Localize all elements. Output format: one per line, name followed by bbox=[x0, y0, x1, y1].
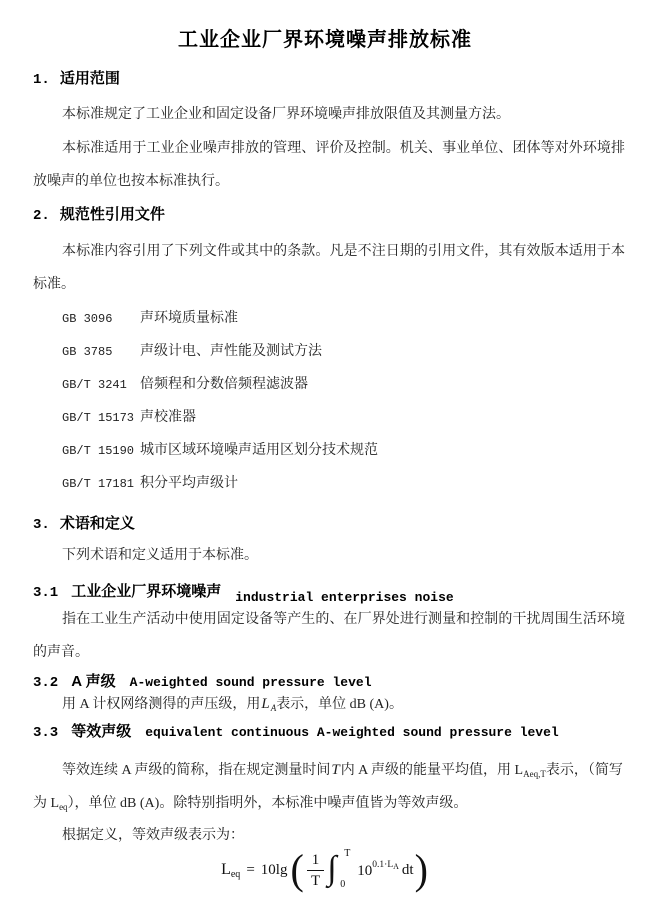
section-1-heading: 1. 适用范围 bbox=[33, 69, 120, 90]
reference-row: GB 3096 声环境质量标准 bbox=[62, 303, 622, 336]
term-3-2-definition: 用 A 计权网络测得的声压级，用LA表示，单位 dB (A)。 bbox=[33, 688, 625, 721]
reference-name: 声级计电、声性能及测试方法 bbox=[140, 336, 322, 369]
exponent-subscript: A bbox=[393, 862, 399, 871]
references-list: GB 3096 声环境质量标准 GB 3785 声级计电、声性能及测试方法 GB… bbox=[62, 303, 622, 500]
laeqt-subscript: Aeq,T bbox=[523, 769, 546, 779]
reference-name: 倍频程和分数倍频程滤波器 bbox=[140, 369, 308, 402]
integral-upper-limit: T bbox=[344, 849, 350, 859]
term-3-1-zh: 工业企业厂界环境噪声 bbox=[71, 583, 221, 600]
leq-formula: Leq = 10lg ( 1 T ∫ T 0 100.1·LA dt ) bbox=[0, 845, 650, 895]
differential-dt: dt bbox=[402, 862, 414, 879]
section-3-title: 术语和定义 bbox=[60, 515, 135, 532]
reference-row: GB/T 17181 积分平均声级计 bbox=[62, 468, 622, 501]
fraction: 1 T bbox=[307, 851, 325, 890]
text-line: 用 A 计权网络测得的声压级，用LA表示，单位 dB (A)。 bbox=[33, 688, 625, 721]
term-3-1-definition: 指在工业生产活动中使用固定设备等产生的、在厂界处进行测量和控制的干扰周围生活环境… bbox=[33, 603, 625, 669]
power-base: 10 bbox=[357, 863, 372, 879]
terms-intro-paragraph: 下列术语和定义适用于本标准。 bbox=[33, 539, 625, 572]
fraction-numerator: 1 bbox=[307, 851, 325, 871]
term-3-3-heading: 3.3 等效声级 equivalent continuous A-weighte… bbox=[33, 722, 559, 743]
power-term: 100.1·LA bbox=[357, 860, 399, 880]
reference-row: GB 3785 声级计电、声性能及测试方法 bbox=[62, 336, 622, 369]
term-3-3-definition: 等效连续 A 声级的简称，指在规定测量时间T内 A 声级的能量平均值，用 LAe… bbox=[33, 754, 625, 820]
reference-name: 声校准器 bbox=[140, 402, 196, 435]
section-1-number: 1. bbox=[33, 72, 50, 88]
text-line: 放噪声的单位也按本标准执行。 bbox=[33, 165, 625, 198]
definition-text: 内 A 声级的能量平均值，用 L bbox=[341, 763, 523, 778]
reference-row: GB/T 15190 城市区域环境噪声适用区划分技术规范 bbox=[62, 435, 622, 468]
text-line: 的声音。 bbox=[33, 636, 625, 669]
term-3-3-number: 3.3 bbox=[33, 725, 58, 741]
definition-text: 用 A 计权网络测得的声压级，用 bbox=[62, 697, 260, 712]
text-line: 本标准规定了工业企业和固定设备厂界环境噪声排放限值及其测量方法。 bbox=[33, 98, 625, 131]
section-1-title: 适用范围 bbox=[60, 70, 120, 87]
section-2-title: 规范性引用文件 bbox=[60, 206, 165, 223]
definition-text: ），单位 dB (A)。除特别指明外，本标准中噪声值皆为等效声级。 bbox=[68, 796, 468, 811]
text-line: 标准。 bbox=[33, 268, 625, 301]
formula-lhs-subscript: eq bbox=[231, 869, 240, 880]
integral-glyph: ∫ bbox=[327, 847, 336, 891]
leq-subscript: eq bbox=[59, 802, 68, 812]
open-paren: ( bbox=[290, 846, 303, 894]
reference-row: GB/T 15173 声校准器 bbox=[62, 402, 622, 435]
text-line: 为 Leq），单位 dB (A)。除特别指明外，本标准中噪声值皆为等效声级。 bbox=[33, 787, 625, 820]
definition-text: 等效连续 A 声级的简称，指在规定测量时间 bbox=[62, 763, 330, 778]
section-3-heading: 3. 术语和定义 bbox=[33, 514, 135, 535]
definition-text: 为 L bbox=[33, 796, 59, 811]
text-line: 本标准内容引用了下列文件或其中的条款。凡是不注日期的引用文件，其有效版本适用于本 bbox=[33, 235, 625, 268]
text-line: 等效连续 A 声级的简称，指在规定测量时间T内 A 声级的能量平均值，用 LAe… bbox=[33, 754, 625, 787]
la-symbol: L bbox=[261, 696, 269, 712]
reference-code: GB/T 3241 bbox=[62, 369, 140, 402]
scope-paragraph-1: 本标准规定了工业企业和固定设备厂界环境噪声排放限值及其测量方法。 bbox=[33, 98, 625, 131]
exponent-text: 0.1·L bbox=[372, 860, 393, 870]
reference-name: 声环境质量标准 bbox=[140, 303, 238, 336]
term-3-3-en: equivalent continuous A-weighted sound p… bbox=[145, 725, 558, 740]
section-2-number: 2. bbox=[33, 208, 50, 224]
scope-paragraph-2: 本标准适用于工业企业噪声排放的管理、评价及控制。机关、事业单位、团体等对外环境排… bbox=[33, 132, 625, 198]
reference-code: GB 3096 bbox=[62, 303, 140, 336]
reference-code: GB/T 15173 bbox=[62, 402, 140, 435]
text-line: 下列术语和定义适用于本标准。 bbox=[33, 539, 625, 572]
formula-coefficient: 10lg bbox=[261, 862, 288, 879]
formula-lhs-symbol: L bbox=[221, 861, 231, 878]
integral-lower-limit: 0 bbox=[340, 880, 345, 890]
reference-code: GB/T 15190 bbox=[62, 435, 140, 468]
power-exponent: 0.1·LA bbox=[372, 860, 399, 870]
formula-lhs: Leq bbox=[221, 861, 240, 879]
term-3-1-heading: 3.1 工业企业厂界环境噪声 industrial enterprises no… bbox=[33, 582, 454, 603]
text-line: 本标准适用于工业企业噪声排放的管理、评价及控制。机关、事业单位、团体等对外环境排 bbox=[33, 132, 625, 165]
reference-name: 城市区域环境噪声适用区划分技术规范 bbox=[140, 435, 378, 468]
document-page: 工业企业厂界环境噪声排放标准 1. 适用范围 本标准规定了工业企业和固定设备厂界… bbox=[0, 0, 650, 898]
reference-row: GB/T 3241 倍频程和分数倍频程滤波器 bbox=[62, 369, 622, 402]
fraction-denominator: T bbox=[311, 871, 320, 890]
integral-sign: ∫ T 0 bbox=[327, 847, 357, 893]
definition-text: 表示，（简写 bbox=[546, 763, 623, 778]
document-title: 工业企业厂界环境噪声排放标准 bbox=[0, 27, 650, 53]
close-paren: ) bbox=[415, 846, 428, 894]
term-3-1-number: 3.1 bbox=[33, 585, 58, 601]
text-line: 指在工业生产活动中使用固定设备等产生的、在厂界处进行测量和控制的干扰周围生活环境 bbox=[33, 603, 625, 636]
references-intro-paragraph: 本标准内容引用了下列文件或其中的条款。凡是不注日期的引用文件，其有效版本适用于本… bbox=[33, 235, 625, 301]
section-3-number: 3. bbox=[33, 517, 50, 533]
reference-code: GB/T 17181 bbox=[62, 468, 140, 501]
equals-sign: = bbox=[246, 862, 254, 879]
t-symbol: T bbox=[331, 762, 339, 778]
definition-text: 表示，单位 dB (A)。 bbox=[276, 697, 403, 712]
reference-code: GB 3785 bbox=[62, 336, 140, 369]
term-3-3-zh: 等效声级 bbox=[71, 723, 131, 740]
reference-name: 积分平均声级计 bbox=[140, 468, 238, 501]
section-2-heading: 2. 规范性引用文件 bbox=[33, 205, 165, 226]
